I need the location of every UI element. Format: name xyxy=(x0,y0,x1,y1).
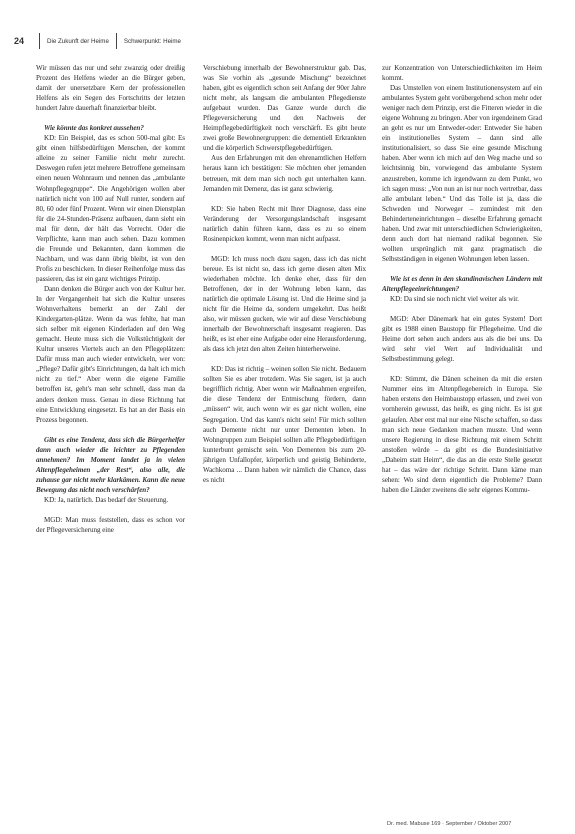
paragraph: zur Konzentration von Unterschiedlichkei… xyxy=(382,63,542,83)
topic-title: Schwerpunkt: Heime xyxy=(124,38,181,45)
paragraph: Wir müssen das nur und sehr zwanzig oder… xyxy=(36,63,185,113)
paragraph: MGD: Aber Dänemark hat ein gutes System!… xyxy=(382,314,542,364)
paragraph: MGD: Man muss feststellen, dass es schon… xyxy=(36,515,185,535)
paragraph: KD: Stimmt, die Dänen scheinen da mit di… xyxy=(382,374,542,495)
paragraph-gap xyxy=(382,304,542,314)
paragraph-gap xyxy=(203,244,366,254)
paragraph: MGD: Ich muss noch dazu sagen, dass ich … xyxy=(203,254,366,354)
paragraph-gap xyxy=(382,264,542,274)
header-divider xyxy=(39,33,40,49)
paragraph: Aus den Erfahrungen mit den ehrenamtlich… xyxy=(203,153,366,193)
page-footer: Dr. med. Mabuse 169 · September / Oktobe… xyxy=(387,821,511,827)
paragraph-gap xyxy=(203,194,366,204)
interview-question: Gibt es eine Tendenz, dass sich die Bürg… xyxy=(36,435,185,495)
paragraph-gap xyxy=(36,505,185,515)
paragraph: KD: Da sind sie noch nicht viel weiter a… xyxy=(382,294,542,304)
paragraph: KD: Das ist richtig – weinen sollen Sie … xyxy=(203,364,366,485)
paragraph-gap xyxy=(382,364,542,374)
paragraph: Dann denken die Bürger auch von der Kult… xyxy=(36,284,185,425)
paragraph: KD: Ein Beispiel, das es schon 500-mal g… xyxy=(36,133,185,284)
text-column-1: Wir müssen das nur und sehr zwanzig oder… xyxy=(36,63,185,535)
paragraph-gap xyxy=(203,354,366,364)
running-header: 24 Die Zukunft der Heime Schwerpunkt: He… xyxy=(14,33,181,49)
page-number: 24 xyxy=(14,36,32,46)
paragraph-gap xyxy=(36,425,185,435)
paragraph: KD: Ja, natürlich. Das bedarf der Steuer… xyxy=(36,495,185,505)
paragraph: KD: Sie haben Recht mit Ihrer Diagnose, … xyxy=(203,204,366,244)
section-title: Die Zukunft der Heime xyxy=(47,38,109,45)
interview-question: Wie könnte das konkret aussehen? xyxy=(36,123,185,133)
paragraph: Das Umstellen von einem Institutionensys… xyxy=(382,83,542,264)
header-divider xyxy=(116,33,117,49)
interview-question: Wie ist es denn in den skandinavischen L… xyxy=(382,274,542,294)
paragraph: Verschiebung innerhalb der Bewohnerstruk… xyxy=(203,63,366,153)
paragraph-gap xyxy=(36,113,185,123)
text-column-2: Verschiebung innerhalb der Bewohnerstruk… xyxy=(203,63,366,485)
text-column-3: zur Konzentration von Unterschiedlichkei… xyxy=(382,63,542,495)
